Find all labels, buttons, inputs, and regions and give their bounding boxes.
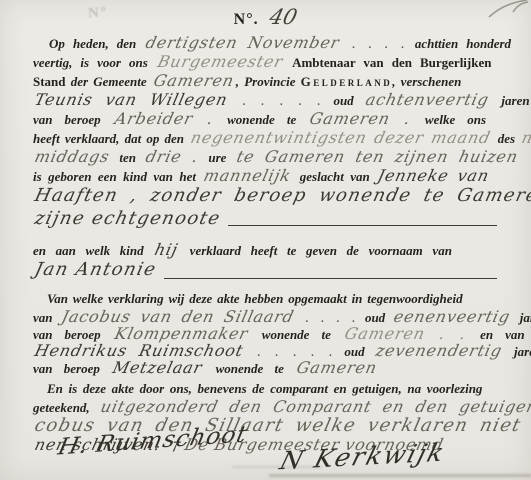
printed-form-text: jaren <box>504 344 531 359</box>
handwritten-entry: achtenveertig <box>362 90 493 109</box>
printed-form-text: is geboren een kind van het <box>33 169 202 184</box>
printed-form-text: van <box>33 310 60 325</box>
printed-form-text: geslacht van <box>293 169 376 184</box>
printed-form-text: geteekend, <box>33 400 99 415</box>
printed-form-text: des <box>493 131 521 146</box>
printed-form-text: Van welke verklaring wij deze akte hebbe… <box>47 291 463 306</box>
handwritten-entry: mannelijk <box>200 166 295 185</box>
handwritten-entry: Jan Antonie <box>31 259 161 280</box>
document-line: middags ten drie . ure te Gameren ten zi… <box>33 147 497 166</box>
printed-form-text: oud <box>358 310 393 325</box>
printed-form-text: En is deze akte door ons, benevens de co… <box>47 381 482 396</box>
document-line: Haaften , zonder beroep wonende te Gamer… <box>33 185 497 208</box>
document-line: Van welke verklaring wij deze akte hebbe… <box>33 290 497 307</box>
handwritten-entry: middags <box>31 147 114 166</box>
handwritten-entry: Teunis van Willegen <box>31 90 232 109</box>
printed-form-text: verklaard heeft te geven de voornaam van <box>180 243 452 258</box>
printed-form-text: van beroep <box>33 327 113 342</box>
printed-form-text: Stand <box>33 74 71 89</box>
scan-smudge <box>232 466 322 468</box>
handwritten-entry: negenentwintigsten dezer maand <box>187 128 495 147</box>
printed-form-text: Ambtenaar van den Burgerlijken <box>285 55 492 70</box>
printed-form-text: , Provincie <box>236 74 301 89</box>
handwritten-entry: Arbeider . <box>111 109 218 128</box>
blank-rule <box>164 278 497 279</box>
printed-form-text: ten <box>111 150 144 165</box>
printed-form-text: heeft verklaard, dat op den <box>33 131 189 146</box>
printed-form-text: der Gemeente <box>71 74 152 89</box>
document-line: Stand der Gemeente Gameren, Provincie Ge… <box>33 71 497 90</box>
printed-form-text: Op heden, den <box>49 36 144 51</box>
document-line: geteekend, uitgezonderd den Comparant en… <box>33 397 497 415</box>
handwritten-entry: te Gameren ten zijnen huizen <box>232 147 521 166</box>
certificate-body: N°. 40 Op heden, den dertigsten November… <box>0 0 531 453</box>
printed-form-text: oud <box>335 344 375 359</box>
handwritten-entry: zijne echtgenoote <box>31 208 225 229</box>
handwritten-entry: drie . <box>142 147 203 166</box>
paragraph: Op heden, den dertigsten November . . . … <box>33 33 497 231</box>
blank-rule <box>228 225 497 226</box>
handwritten-entry: Gameren <box>293 358 381 377</box>
paragraph: Van welke verklaring wij deze akte hebbe… <box>33 290 497 375</box>
document-line: Jan Antonie <box>33 259 497 284</box>
handwritten-entry: Gameren <box>150 71 238 90</box>
printed-form-text: en van <box>468 327 525 342</box>
printed-form-text: jaren <box>512 310 531 325</box>
printed-form-text: ure <box>200 150 234 165</box>
dotted-filler: . . . . <box>342 39 407 51</box>
document-line: van Jacobus van den Sillaard . . . . oud… <box>33 307 497 324</box>
handwritten-entry: Haaften , zonder beroep wonende te Gamer… <box>31 185 531 206</box>
document-line: heeft verklaard, dat op den negenentwint… <box>33 128 497 147</box>
printed-form-text: wonende te <box>204 361 295 376</box>
handwritten-entry: uitgezonderd den Comparant en den getuig… <box>96 397 531 416</box>
printed-form-text: welke ons <box>413 112 486 127</box>
scanned-birth-certificate: Nº N°. 40 Op heden, den dertigsten Novem… <box>0 0 531 480</box>
printed-form-text: wonende te <box>215 112 308 127</box>
printed-form-text: veertig, is voor ons <box>33 55 156 70</box>
document-line: zijne echtgenoote <box>33 208 497 231</box>
dotted-filler: . . . . . <box>230 96 324 108</box>
paragraph: en aan welk kind hij verklaard heeft te … <box>33 240 497 284</box>
handwritten-entry: Metzelaar <box>109 358 207 377</box>
certificate-text: Op heden, den dertigsten November . . . … <box>33 33 497 453</box>
bleed-through-mark: Nº <box>88 5 108 23</box>
printed-form-text: achttien honderd <box>407 36 511 51</box>
printed-form-text: , verschenen <box>392 74 461 89</box>
handwritten-entry: Gameren . <box>306 109 415 128</box>
printed-form-text: en aan welk kind <box>33 243 153 258</box>
document-line: Hendrikus Ruimschoot . . . . . oud zeven… <box>33 341 497 358</box>
handwritten-entry: Burgemeester <box>154 52 287 71</box>
number-label: N°. <box>234 11 259 28</box>
handwritten-entry: Jenneke van <box>374 166 493 185</box>
document-line: is geboren een kind van het mannelijk ge… <box>33 166 497 185</box>
document-line: En is deze akte door ons, benevens de co… <box>33 380 497 397</box>
printed-form-text: van beroep <box>33 112 113 127</box>
document-line: en aan welk kind hij verklaard heeft te … <box>33 240 497 259</box>
document-line: veertig, is voor ons Burgemeester Ambten… <box>33 52 497 71</box>
printed-form-text: wonende te <box>250 327 343 342</box>
handwritten-entry: hij <box>151 240 182 259</box>
document-line: Teunis van Willegen . . . . . oud achten… <box>33 90 497 109</box>
handwritten-entry: dertigsten November <box>142 33 344 52</box>
pen-flourish-icon <box>483 0 529 18</box>
scan-bleed-line <box>269 474 531 477</box>
document-line: van beroep Metzelaar wonende te Gameren <box>33 358 497 375</box>
printed-form-text: Gelderland <box>301 74 393 89</box>
printed-form-text: van beroep <box>33 361 111 376</box>
document-line: Op heden, den dertigsten November . . . … <box>33 33 497 52</box>
printed-form-text: jaren <box>491 93 530 108</box>
number-value: 40 <box>267 5 300 29</box>
document-line: van beroep Klompenmaker wonende te Gamer… <box>33 324 497 341</box>
document-line: van beroep Arbeider . wonende te Gameren… <box>33 109 497 128</box>
printed-form-text: oud <box>323 93 364 108</box>
